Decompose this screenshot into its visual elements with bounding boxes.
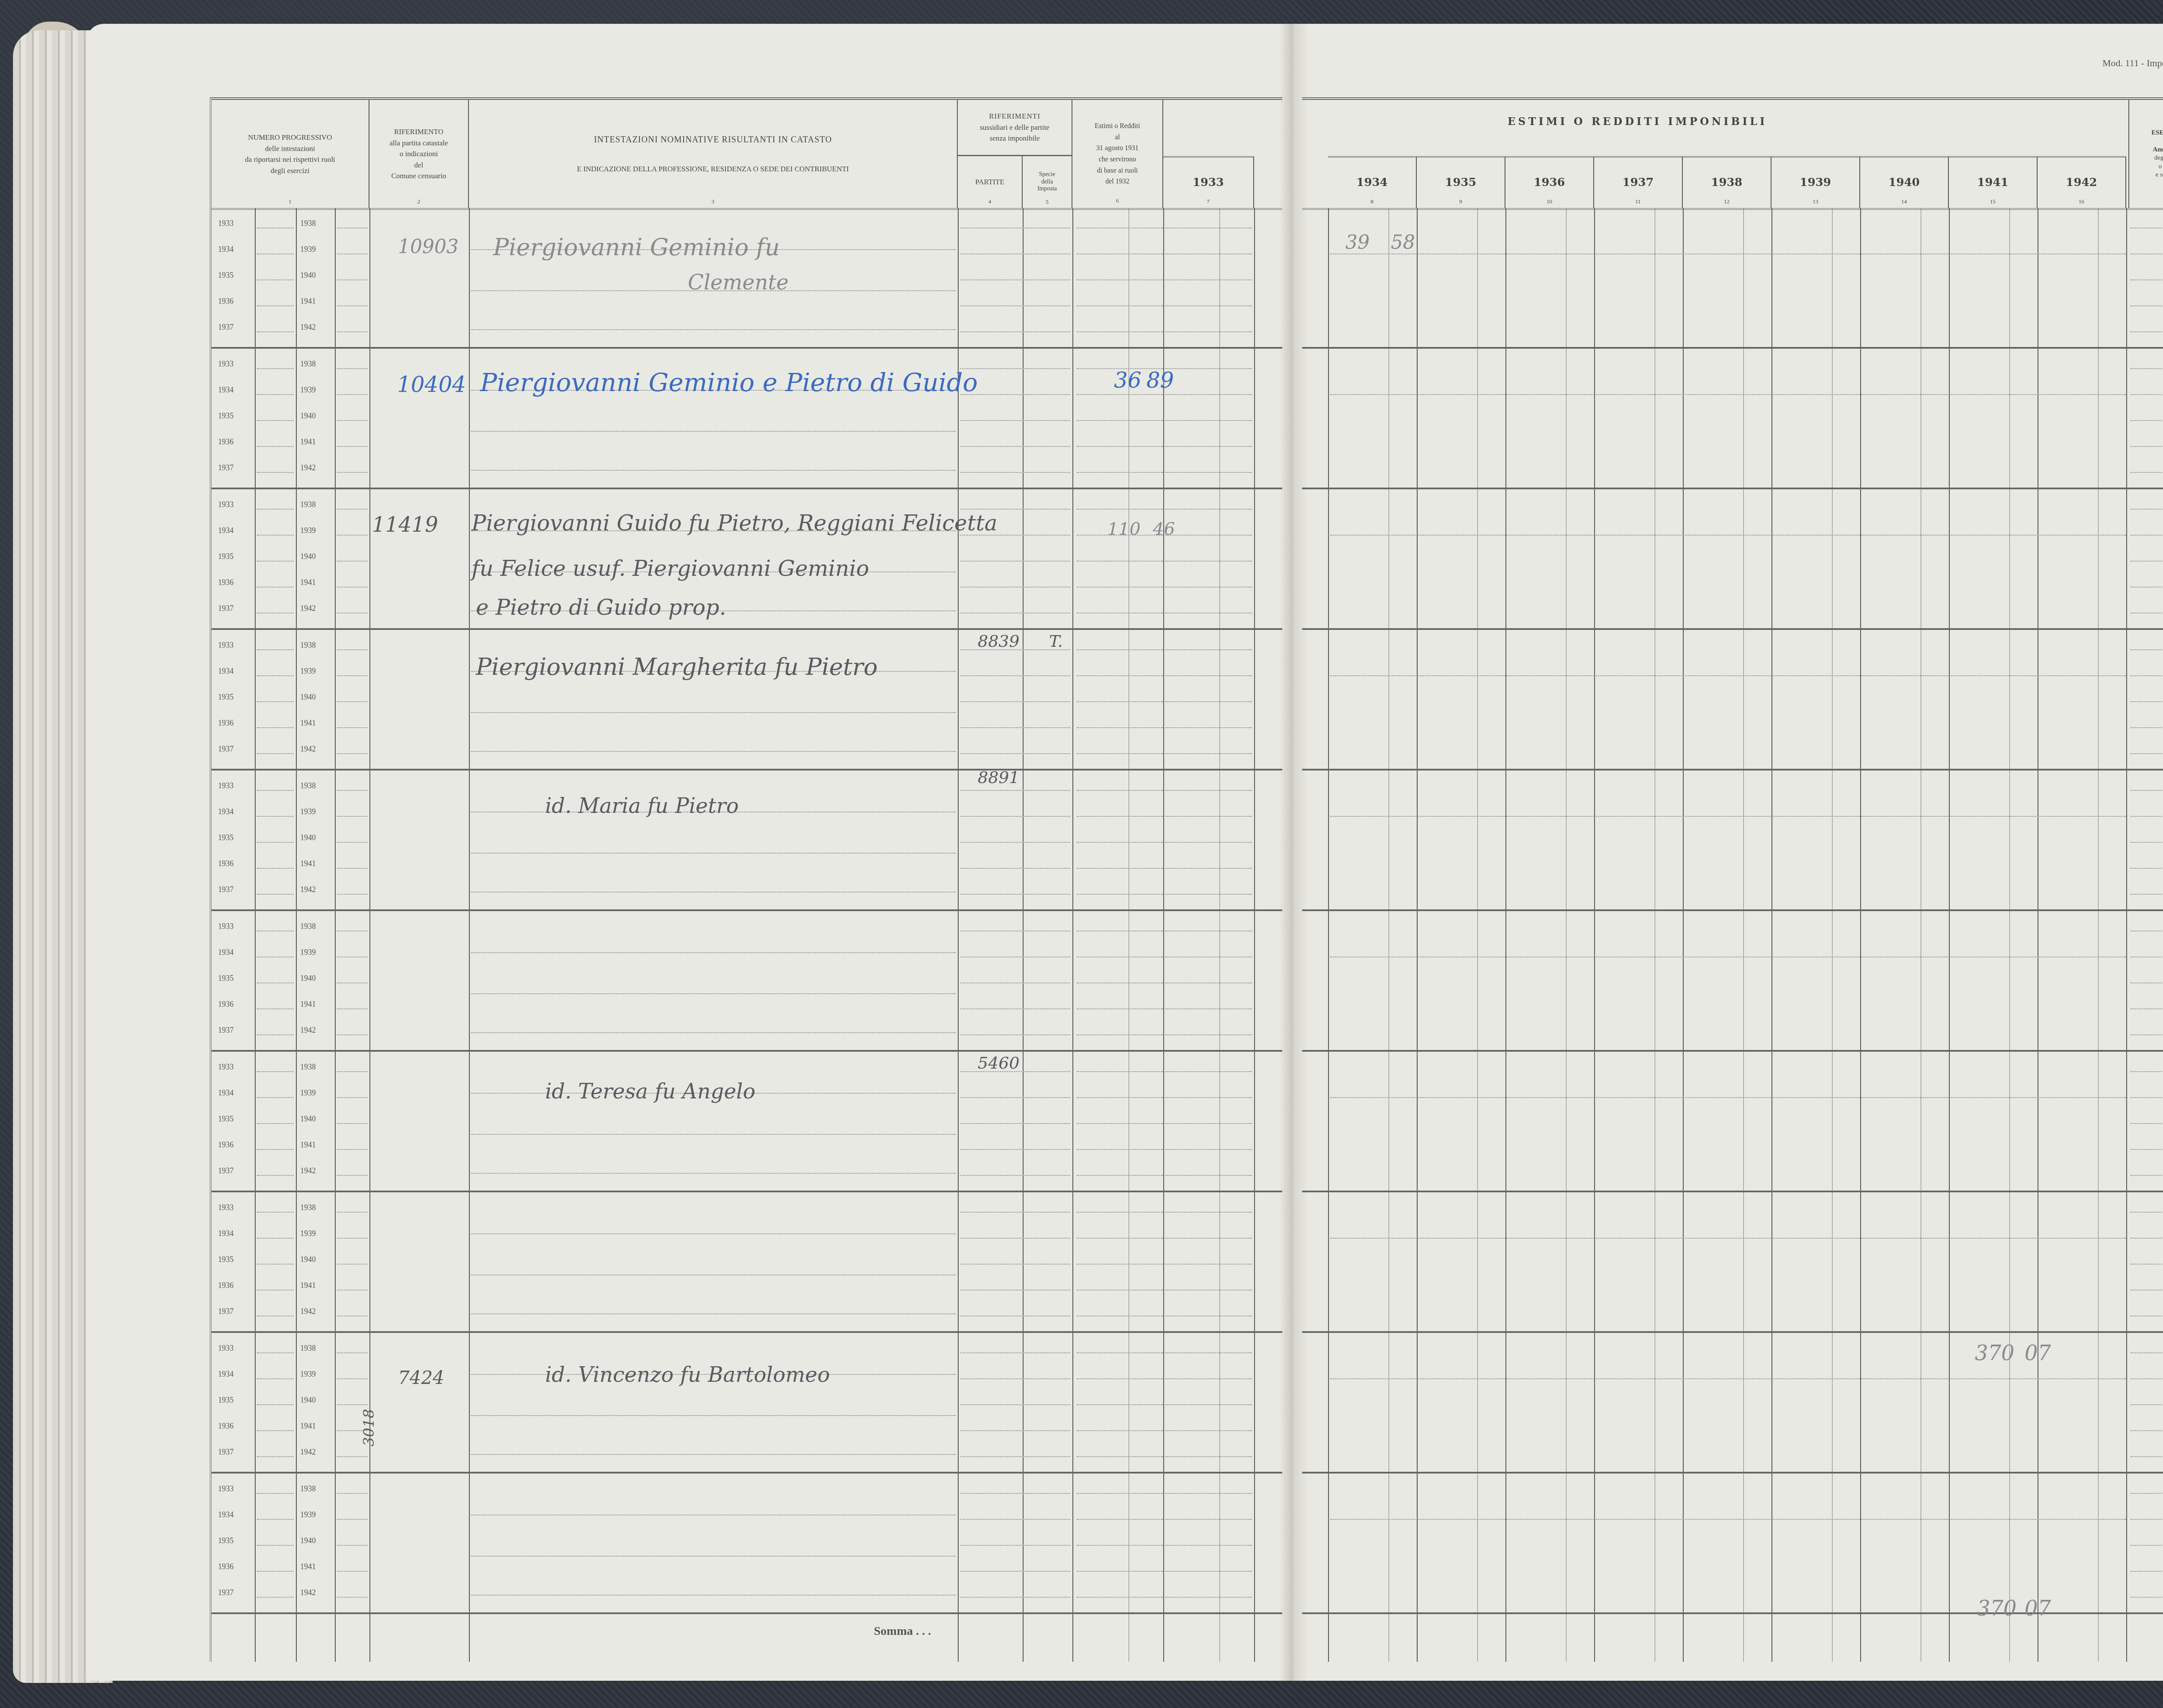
dotted-rule — [337, 727, 367, 728]
year-number: 1938 — [300, 360, 316, 369]
year-number: 1942 — [300, 885, 316, 894]
dotted-rule — [1165, 228, 1252, 228]
entry-block — [1302, 630, 2163, 771]
dotted-rule — [2131, 1456, 2163, 1457]
dotted-rule — [1077, 868, 1163, 869]
dotted-rule — [1077, 228, 1163, 228]
dotted-rule — [337, 420, 367, 421]
dotted-rule — [2131, 587, 2163, 588]
dotted-rule — [1330, 254, 2126, 254]
dotted-rule — [2131, 509, 2163, 510]
dotted-rule — [1165, 931, 1252, 931]
dotted-rule — [960, 446, 1070, 447]
year-number: 1934 — [218, 245, 234, 254]
entry-estimo-1934-cents: 58 — [1391, 231, 1415, 254]
dotted-rule — [337, 957, 367, 957]
year-number: 1936 — [218, 297, 234, 306]
year-number: 1937 — [218, 745, 234, 754]
dotted-rule — [1077, 613, 1163, 613]
dotted-rule — [1165, 790, 1252, 791]
entry-estimo-1941: 370 — [1975, 1341, 2015, 1365]
dotted-rule — [257, 587, 294, 588]
dotted-rule — [1077, 1493, 1163, 1494]
dotted-rule — [960, 561, 1070, 562]
year-number: 1936 — [218, 1422, 234, 1431]
dotted-rule — [1077, 446, 1163, 447]
dotted-rule — [1330, 816, 2126, 817]
dotted-rule — [337, 1212, 367, 1213]
dotted-rule — [2131, 1008, 2163, 1009]
year-number: 1941 — [300, 578, 316, 587]
entry-block — [1302, 349, 2163, 489]
year-number: 1934 — [218, 1370, 234, 1379]
year-number: 1937 — [218, 1166, 234, 1175]
dotted-rule — [960, 790, 1070, 791]
dotted-rule — [1077, 305, 1163, 306]
year-number: 1939 — [300, 667, 316, 676]
dotted-rule — [337, 1597, 367, 1598]
dotted-rule — [960, 1175, 1070, 1176]
dotted-rule — [471, 1454, 956, 1455]
dotted-rule — [1077, 331, 1163, 332]
dotted-rule — [257, 228, 294, 228]
dotted-rule — [471, 1313, 956, 1314]
dotted-rule — [337, 228, 367, 228]
dotted-rule — [1165, 1571, 1252, 1572]
year-number: 1935 — [218, 1396, 234, 1405]
dotted-rule — [1165, 1456, 1252, 1457]
dotted-rule — [337, 446, 367, 447]
dotted-rule — [960, 472, 1070, 473]
dotted-rule — [1165, 1430, 1252, 1431]
dotted-rule — [1077, 957, 1163, 957]
year-number: 1941 — [300, 1281, 316, 1290]
dotted-rule — [2131, 1097, 2163, 1098]
dotted-rule — [337, 1034, 367, 1035]
year-number: 1933 — [218, 781, 234, 790]
dotted-rule — [1165, 1404, 1252, 1405]
dotted-rule — [471, 993, 956, 994]
dotted-rule — [257, 816, 294, 817]
dotted-rule — [471, 853, 956, 854]
dotted-rule — [1330, 394, 2126, 395]
dotted-rule — [960, 727, 1070, 728]
dotted-rule — [337, 1123, 367, 1124]
dotted-rule — [2131, 675, 2163, 676]
dotted-rule — [1077, 931, 1163, 931]
entry-estimo-1941-cents: 07 — [2025, 1341, 2051, 1365]
year-number: 1936 — [218, 578, 234, 587]
dotted-rule — [1077, 1456, 1163, 1457]
year-number: 1940 — [300, 833, 316, 842]
dotted-rule — [257, 931, 294, 931]
somma-1941: 370 — [1977, 1596, 2017, 1621]
dotted-rule — [257, 1264, 294, 1265]
year-number: 1937 — [218, 1026, 234, 1035]
dotted-rule — [960, 1290, 1070, 1291]
entry-block — [212, 771, 1282, 911]
dotted-rule — [1077, 1545, 1163, 1546]
dotted-rule — [960, 1034, 1070, 1035]
dotted-rule — [960, 613, 1070, 613]
dotted-rule — [337, 535, 367, 536]
year-number: 1937 — [218, 1588, 234, 1597]
dotted-rule — [2131, 613, 2163, 613]
dotted-rule — [1077, 1071, 1163, 1072]
dotted-rule — [337, 1352, 367, 1353]
dotted-rule — [2131, 894, 2163, 895]
dotted-rule — [337, 1493, 367, 1494]
entry-partita-catastale: 7424 — [398, 1367, 444, 1388]
dotted-rule — [1165, 701, 1252, 702]
dotted-rule — [960, 1519, 1070, 1520]
year-number: 1942 — [300, 1166, 316, 1175]
dotted-rule — [1165, 561, 1252, 562]
dotted-rule — [960, 1545, 1070, 1546]
dotted-rule — [337, 1316, 367, 1316]
year-number: 1937 — [218, 604, 234, 613]
year-number: 1935 — [218, 1255, 234, 1264]
dotted-rule — [257, 1597, 294, 1598]
entry-block — [1302, 911, 2163, 1052]
dotted-rule — [1077, 1008, 1163, 1009]
dotted-rule — [257, 1378, 294, 1379]
dotted-rule — [2131, 472, 2163, 473]
somma-1941-cents: 07 — [2025, 1596, 2051, 1621]
dotted-rule — [2131, 1316, 2163, 1316]
dotted-rule — [960, 1008, 1070, 1009]
dotted-rule — [337, 1378, 367, 1379]
dotted-rule — [1165, 368, 1252, 369]
dotted-rule — [1165, 535, 1252, 536]
dotted-rule — [960, 982, 1070, 983]
dotted-rule — [337, 472, 367, 473]
year-number: 1939 — [300, 526, 316, 535]
dotted-rule — [471, 1173, 956, 1174]
dotted-rule — [1077, 1264, 1163, 1265]
dotted-rule — [960, 509, 1070, 510]
dotted-rule — [1077, 509, 1163, 510]
year-number: 1939 — [300, 1370, 316, 1379]
dotted-rule — [1165, 305, 1252, 306]
entry-intestazione: Piergiovanni Margherita fu Pietro — [476, 653, 878, 681]
dotted-rule — [1165, 1545, 1252, 1546]
year-number: 1935 — [218, 974, 234, 983]
dotted-rule — [337, 1404, 367, 1405]
dotted-rule — [2131, 1034, 2163, 1035]
dotted-rule — [1165, 509, 1252, 510]
year-number: 1940 — [300, 693, 316, 702]
dotted-rule — [337, 305, 367, 306]
year-number: 1938 — [300, 1063, 316, 1072]
year-number: 1939 — [300, 385, 316, 395]
year-number: 1933 — [218, 1063, 234, 1072]
dotted-rule — [2131, 1264, 2163, 1265]
dotted-rule — [257, 394, 294, 395]
dotted-rule — [2131, 649, 2163, 650]
dotted-rule — [960, 894, 1070, 895]
dotted-rule — [1330, 1519, 2126, 1520]
dotted-rule — [337, 1519, 367, 1520]
dotted-rule — [337, 1097, 367, 1098]
dotted-rule — [2131, 1238, 2163, 1239]
dotted-rule — [257, 790, 294, 791]
year-number: 1941 — [300, 437, 316, 446]
year-number: 1941 — [300, 719, 316, 728]
dotted-rule — [1165, 982, 1252, 983]
dotted-rule — [960, 305, 1070, 306]
dotted-rule — [2131, 1545, 2163, 1546]
dotted-rule — [1077, 1034, 1163, 1035]
dotted-rule — [337, 931, 367, 931]
dotted-rule — [1165, 1238, 1252, 1239]
year-number: 1934 — [218, 948, 234, 957]
dotted-rule — [2131, 957, 2163, 957]
dotted-rule — [2131, 1149, 2163, 1150]
year-number: 1933 — [218, 641, 234, 650]
dotted-rule — [257, 368, 294, 369]
entry-estimo-1931-cents: 46 — [1153, 519, 1175, 539]
dotted-rule — [471, 952, 956, 953]
entry-intestazione: id. Maria fu Pietro — [545, 794, 739, 818]
dotted-rule — [337, 790, 367, 791]
dotted-rule — [1165, 331, 1252, 332]
dotted-rule — [2131, 931, 2163, 931]
dotted-rule — [1165, 957, 1252, 957]
dotted-rule — [471, 1515, 956, 1515]
dotted-rule — [1165, 1519, 1252, 1520]
year-number: 1936 — [218, 437, 234, 446]
dotted-rule — [1077, 587, 1163, 588]
dotted-rule — [1077, 1290, 1163, 1291]
dotted-rule — [1077, 816, 1163, 817]
dotted-rule — [1330, 535, 2126, 536]
dotted-rule — [2131, 868, 2163, 869]
year-number: 1937 — [218, 885, 234, 894]
dotted-rule — [960, 931, 1070, 931]
dotted-rule — [1077, 1519, 1163, 1520]
dotted-rule — [337, 1545, 367, 1546]
dotted-rule — [257, 649, 294, 650]
year-number: 1937 — [218, 1307, 234, 1316]
dotted-rule — [1077, 982, 1163, 983]
dotted-rule — [960, 1571, 1070, 1572]
dotted-rule — [257, 1149, 294, 1150]
dotted-rule — [257, 894, 294, 895]
dotted-rule — [337, 1238, 367, 1239]
dotted-rule — [1077, 753, 1163, 754]
dotted-rule — [960, 842, 1070, 843]
dotted-rule — [2131, 446, 2163, 447]
year-number: 1940 — [300, 1114, 316, 1124]
entry-intestazione: id. Teresa fu Angelo — [545, 1079, 755, 1104]
dotted-rule — [960, 1352, 1070, 1353]
year-number: 1938 — [300, 641, 316, 650]
year-number: 1941 — [300, 297, 316, 306]
dotted-rule — [257, 561, 294, 562]
dotted-rule — [1077, 727, 1163, 728]
year-number: 1942 — [300, 463, 316, 472]
year-number: 1939 — [300, 948, 316, 957]
year-number: 1933 — [218, 1203, 234, 1212]
dotted-rule — [1165, 675, 1252, 676]
year-number: 1942 — [300, 1026, 316, 1035]
dotted-rule — [337, 1175, 367, 1176]
dotted-rule — [960, 701, 1070, 702]
dotted-rule — [2131, 1290, 2163, 1291]
dotted-rule — [1165, 1290, 1252, 1291]
entry-block — [1302, 1052, 2163, 1192]
entry-intestazione: id. Vincenzo fu Bartolomeo — [545, 1363, 830, 1387]
year-number: 1935 — [218, 271, 234, 280]
ledger-right: ESTIMI O REDDITI IMPONIBILI 193481935919… — [1302, 97, 2163, 1662]
dotted-rule — [257, 1456, 294, 1457]
dotted-rule — [257, 331, 294, 332]
dotted-rule — [2131, 1175, 2163, 1176]
dotted-rule — [1077, 420, 1163, 421]
dotted-rule — [1165, 727, 1252, 728]
dotted-rule — [257, 957, 294, 957]
dotted-rule — [257, 1571, 294, 1572]
dotted-rule — [337, 394, 367, 395]
entry-estimo-1931: 110 — [1107, 519, 1140, 539]
year-number: 1936 — [218, 1000, 234, 1009]
dotted-rule — [337, 1456, 367, 1457]
dotted-rule — [471, 1032, 956, 1033]
dotted-rule — [471, 1556, 956, 1557]
dotted-rule — [1165, 1123, 1252, 1124]
year-number: 1941 — [300, 1000, 316, 1009]
year-number: 1941 — [300, 859, 316, 868]
dotted-rule — [1330, 675, 2126, 676]
dotted-rule — [1330, 1238, 2126, 1239]
year-number: 1935 — [218, 1536, 234, 1545]
dotted-rule — [257, 613, 294, 613]
dotted-rule — [1165, 279, 1252, 280]
entry-specie-imposta: T. — [1049, 632, 1063, 651]
dotted-rule — [257, 982, 294, 983]
dotted-rule — [1077, 842, 1163, 843]
dotted-rule — [2131, 1404, 2163, 1405]
year-number: 1938 — [300, 219, 316, 228]
dotted-rule — [1165, 394, 1252, 395]
dotted-rule — [1330, 1097, 2126, 1098]
dotted-rule — [2131, 279, 2163, 280]
dotted-rule — [337, 649, 367, 650]
dotted-rule — [1077, 1430, 1163, 1431]
year-number: 1936 — [218, 719, 234, 728]
entry-block — [1302, 208, 2163, 349]
entry-block — [212, 1333, 1282, 1474]
dotted-rule — [337, 675, 367, 676]
entry-partite: 8839 — [978, 632, 1020, 651]
dotted-rule — [960, 957, 1070, 957]
dotted-rule — [257, 1404, 294, 1405]
dotted-rule — [1165, 1071, 1252, 1072]
dotted-rule — [2131, 394, 2163, 395]
dotted-rule — [257, 1097, 294, 1098]
form-label-text: Mod. 111 - Imposte Dirette — [2102, 58, 2163, 68]
dotted-rule — [1077, 254, 1163, 254]
dotted-rule — [2131, 1378, 2163, 1379]
dotted-rule — [1077, 675, 1163, 676]
dotted-rule — [337, 613, 367, 613]
year-number: 1936 — [218, 1140, 234, 1149]
dotted-rule — [2131, 1597, 2163, 1598]
dotted-rule — [257, 254, 294, 254]
year-number: 1933 — [218, 500, 234, 509]
dotted-rule — [2131, 254, 2163, 254]
dotted-rule — [2131, 1071, 2163, 1072]
year-number: 1941 — [300, 1422, 316, 1431]
dotted-rule — [960, 1597, 1070, 1598]
year-number: 1940 — [300, 411, 316, 421]
dotted-rule — [1330, 957, 2126, 957]
year-number: 1938 — [300, 500, 316, 509]
dotted-rule — [1165, 446, 1252, 447]
dotted-rule — [257, 446, 294, 447]
dotted-rule — [257, 509, 294, 510]
dotted-rule — [960, 1212, 1070, 1213]
dotted-rule — [257, 1545, 294, 1546]
year-number: 1933 — [218, 360, 234, 369]
dotted-rule — [2131, 727, 2163, 728]
dotted-rule — [337, 753, 367, 754]
dotted-rule — [960, 1264, 1070, 1265]
year-number: 1935 — [218, 1114, 234, 1124]
entry-estimo-1931-cents: 89 — [1146, 368, 1174, 393]
dotted-rule — [2131, 982, 2163, 983]
dotted-rule — [1077, 1404, 1163, 1405]
year-number: 1936 — [218, 1281, 234, 1290]
dotted-rule — [1165, 613, 1252, 613]
dotted-rule — [1165, 816, 1252, 817]
entry-partite: 8891 — [978, 768, 1020, 787]
year-number: 1942 — [300, 745, 316, 754]
entry-intestazione: Clemente — [688, 270, 789, 295]
dotted-rule — [257, 842, 294, 843]
dotted-rule — [337, 254, 367, 254]
dotted-rule — [1165, 472, 1252, 473]
dotted-rule — [2131, 816, 2163, 817]
dotted-rule — [2131, 1571, 2163, 1572]
entry-partite: 5460 — [978, 1053, 1020, 1072]
dotted-rule — [960, 1238, 1070, 1239]
dotted-rule — [2131, 1430, 2163, 1431]
entry-block — [212, 1052, 1282, 1192]
dotted-rule — [960, 587, 1070, 588]
dotted-rule — [1077, 1097, 1163, 1098]
year-number: 1934 — [218, 667, 234, 676]
dotted-rule — [1077, 1212, 1163, 1213]
dotted-rule — [337, 279, 367, 280]
dotted-rule — [1330, 1378, 2126, 1379]
dotted-rule — [337, 1571, 367, 1572]
dotted-rule — [1077, 1123, 1163, 1124]
year-number: 1938 — [300, 1344, 316, 1353]
year-number: 1934 — [218, 1088, 234, 1098]
dotted-rule — [257, 1034, 294, 1035]
year-number: 1935 — [218, 693, 234, 702]
dotted-rule — [1165, 1378, 1252, 1379]
dotted-rule — [1077, 1149, 1163, 1150]
dotted-rule — [257, 305, 294, 306]
year-number: 1941 — [300, 1140, 316, 1149]
entry-partita-catastale: 11419 — [372, 513, 438, 537]
dotted-rule — [471, 1233, 956, 1234]
dotted-rule — [1077, 1316, 1163, 1316]
dotted-rule — [337, 982, 367, 983]
